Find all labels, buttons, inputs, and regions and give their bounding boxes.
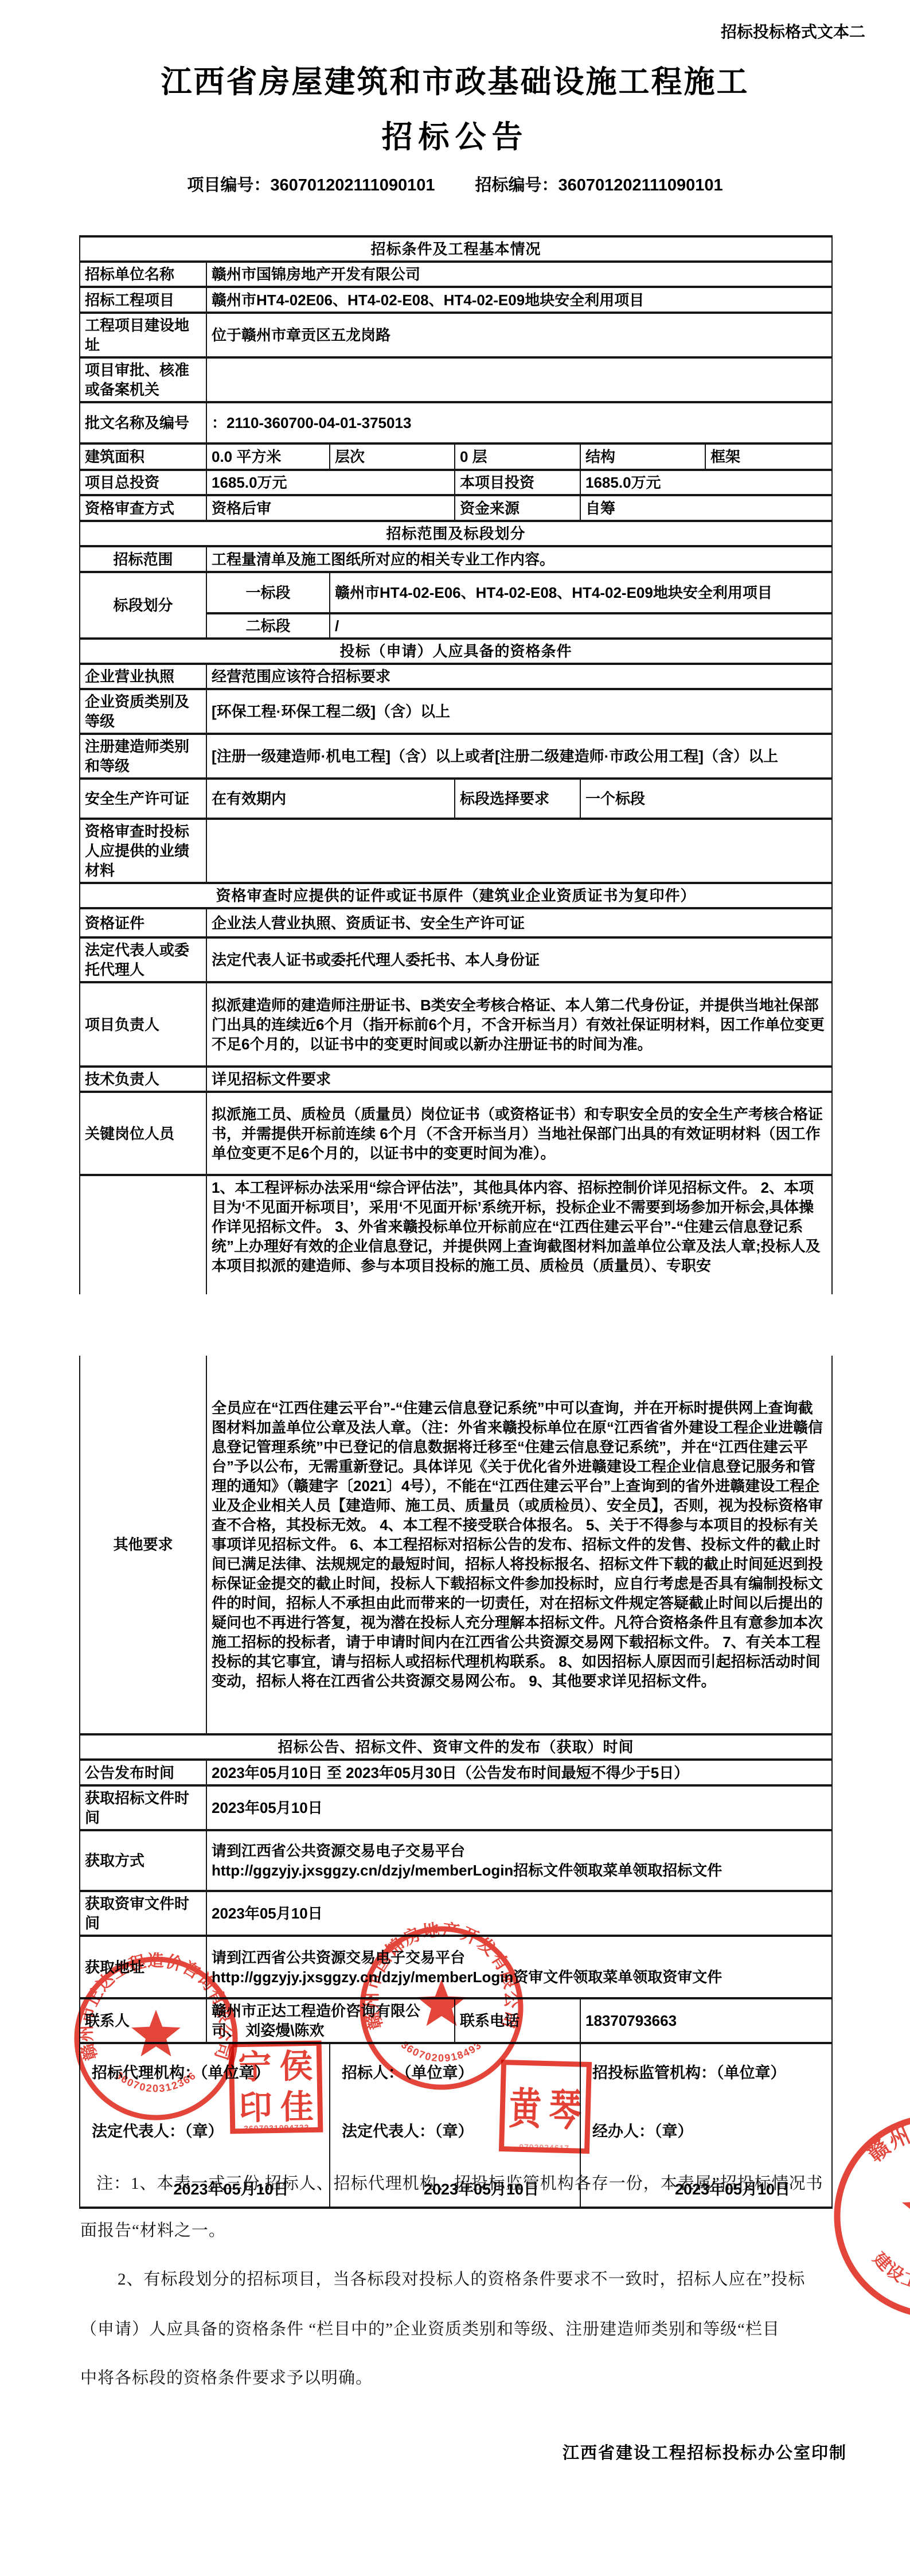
value-key-position-staff: 拟派施工员、质检员（质量员）岗位证书（或资格证书）和专职安全员的安全生产考核合格… — [206, 1092, 832, 1175]
value-section-select-requirement: 一个标段 — [580, 779, 832, 819]
value-section-2: / — [330, 613, 832, 639]
value-publish-time: 2023年05月10日 至 2023年05月30日（公告发布时间最短不得少于5日… — [206, 1760, 832, 1785]
section-announcement-times: 招标公告、招标文件、资审文件的发布（获取）时间 — [80, 1734, 832, 1760]
main-table-page2: 其他要求 全员应在“江西住建云平台”-“住建云信息登记系统”中可以查询，并在开标… — [79, 1356, 833, 2209]
star-icon — [902, 2178, 910, 2242]
label-other-requirements-page1-empty — [80, 1175, 206, 1294]
value-get-method: 请到江西省公共资源交易电子交易平台 http://ggzyjy.jxsggzy.… — [206, 1830, 832, 1891]
label-enterprise-grade: 企业资质类别及等级 — [80, 689, 206, 734]
label-section-2: 二标段 — [206, 613, 330, 639]
label-legal-representative: 法定代表人或委托代理人 — [80, 937, 206, 982]
supervisor-stamp-bottom-text: 建设工程招标投标 — [869, 2249, 910, 2295]
seal-char: 宁 — [234, 2048, 276, 2087]
label-approval-authority: 项目审批、核准或备案机关 — [80, 357, 206, 402]
document-title-line2: 招标公告 — [0, 112, 910, 157]
label-other-requirements: 其他要求 — [80, 1356, 206, 1734]
value-qualification-certs: 企业法人营业执照、资质证书、安全生产许可证 — [206, 908, 832, 937]
seal-char: 印 — [235, 2088, 276, 2127]
label-key-position-staff: 关键岗位人员 — [80, 1092, 206, 1175]
note-line-4: （申请）人应具备的资格条件 “栏目中的”企业资质类别和等级、注册建造师类别和等级… — [80, 2316, 780, 2340]
section-bidder-qualifications: 投标（申请）人应具备的资格条件 — [80, 639, 832, 664]
seal-char: 黄 — [505, 2075, 546, 2138]
value-get-bid-doc-time: 2023年05月10日 — [206, 1785, 832, 1830]
label-performance-materials: 资格审查时投标人应提供的业绩材料 — [80, 819, 206, 883]
value-fund-source: 自筹 — [580, 495, 832, 521]
label-contact-person: 联系人 — [80, 1998, 206, 2043]
seal-char: 侯 — [275, 2047, 317, 2085]
value-contact-person: 赣州市正达工程造价咨询有限公司、 刘姿熳\陈欢 — [206, 1998, 455, 2043]
value-floors: 0 层 — [455, 443, 580, 470]
label-section-division: 标段划分 — [80, 572, 206, 639]
format-type-label: 招标投标格式文本二 — [721, 20, 865, 42]
label-get-method: 获取方式 — [80, 1830, 206, 1891]
seal-char: 琴 — [545, 2076, 587, 2139]
label-publish-time: 公告发布时间 — [80, 1760, 206, 1785]
value-contact-phone: 18370793663 — [580, 1998, 832, 2043]
label-bid-unit: 招标单位名称 — [80, 262, 206, 287]
label-qualification-review-mode: 资格审查方式 — [80, 495, 206, 521]
value-technical-director: 详见招标文件要求 — [206, 1067, 832, 1092]
main-table-area: 招标条件及工程基本情况 招标单位名称 赣州市国锦房地产开发有限公司 招标工程项目… — [79, 235, 831, 2209]
value-project-address: 位于赣州市章贡区五龙岗路 — [206, 313, 832, 357]
value-qualification-review-mode: 资格后审 — [206, 495, 455, 521]
bid-number: 招标编号：360701202111090101 — [475, 172, 723, 196]
value-bid-scope: 工程量清单及施工图纸所对应的相关专业工作内容。 — [206, 546, 832, 572]
value-registered-builder: [注册一级建造师·机电工程]（含）以上或者[注册二级建造师·市政公用工程]（含）… — [206, 734, 832, 779]
bidder-legal-square-seal: 黄 琴 0702024617 — [499, 2060, 592, 2154]
supervisor-seal-label: 招投标监管机构：（单位章） — [592, 2063, 821, 2083]
value-safety-permit: 在有效期内 — [206, 779, 455, 819]
seal-number: 3607031094722 — [235, 2123, 318, 2134]
page-break-gap — [79, 1294, 831, 1356]
section-basic-info: 招标条件及工程基本情况 — [80, 236, 832, 262]
label-project-address: 工程项目建设地址 — [80, 313, 206, 357]
value-legal-representative: 法定代表人证书或委托代理人委托书、本人身份证 — [206, 937, 832, 982]
supervisor-agent-label: 经办人：（章） — [592, 2122, 821, 2141]
section-scope-division: 招标范围及标段划分 — [80, 521, 832, 546]
label-approval-doc-no: 批文名称及编号 — [80, 402, 206, 443]
label-bid-scope: 招标范围 — [80, 546, 206, 572]
supervisor-round-stamp-icon: 赣州市城市住 建设工程招标投标 — [824, 2104, 910, 2328]
label-get-bid-doc-time: 获取招标文件时间 — [80, 1785, 206, 1830]
value-other-requirements-part2: 全员应在“江西住建云平台”-“住建云信息登记系统”中可以查询，并在开标时提供网上… — [206, 1356, 832, 1734]
value-total-investment: 1685.0万元 — [206, 470, 455, 495]
value-building-area: 0.0 平方米 — [206, 443, 330, 470]
label-total-investment: 项目总投资 — [80, 470, 206, 495]
value-enterprise-grade: [环保工程·环保工程二级]（含）以上 — [206, 689, 832, 734]
value-approval-authority — [206, 357, 832, 402]
label-project-name: 招标工程项目 — [80, 287, 206, 313]
value-business-license: 经营范围应该符合招标要求 — [206, 664, 832, 689]
label-contact-phone: 联系电话 — [455, 1998, 580, 2043]
note-line-1: 注：1、本表一式三份,招标人、招标代理机构、招投标监管机构各存一份，本表属”招投… — [96, 2170, 823, 2194]
value-project-name: 赣州市HT4-02E06、HT4-02-E08、HT4-02-E09地块安全利用… — [206, 287, 832, 313]
label-project-manager: 项目负责人 — [80, 982, 206, 1067]
project-number: 项目编号：360701202111090101 — [187, 172, 435, 196]
label-project-investment: 本项目投资 — [455, 470, 580, 495]
value-bid-unit: 赣州市国锦房地产开发有限公司 — [206, 262, 832, 287]
label-building-area: 建筑面积 — [80, 443, 206, 470]
supervisor-round-stamp: 赣州市城市住 建设工程招标投标 — [824, 2104, 910, 2331]
label-fund-source: 资金来源 — [455, 495, 580, 521]
main-table-page1: 招标条件及工程基本情况 招标单位名称 赣州市国锦房地产开发有限公司 招标工程项目… — [79, 235, 833, 1294]
value-section-1: 赣州市HT4-02-E06、HT4-02-E08、HT4-02-E09地块安全利… — [330, 572, 832, 613]
label-structure: 结构 — [580, 443, 705, 470]
label-registered-builder: 注册建造师类别和等级 — [80, 734, 206, 779]
note-line-2: 面报告“材料之一。 — [80, 2217, 226, 2241]
value-approval-doc-no: ：2110-360700-04-01-375013 — [206, 402, 832, 443]
document-title-line1: 江西省房屋建筑和市政基础设施工程施工 — [0, 57, 910, 102]
section-certificates: 资格审查时应提供的证件或证书原件（建筑业企业资质证书为复印件） — [80, 883, 832, 908]
label-get-address: 获取地址 — [80, 1936, 206, 1998]
value-structure: 框架 — [705, 443, 832, 470]
seal-number: 0702024617 — [504, 2142, 584, 2153]
value-get-address: 请到江西省公共资源交易电子交易平台 http://ggzyjy.jxsggzy.… — [206, 1936, 832, 1998]
label-section-select-requirement: 标段选择要求 — [455, 779, 580, 819]
note-line-5: 中将各标段的资格条件要求予以明确。 — [80, 2365, 373, 2388]
value-project-manager: 拟派建造师的建造师注册证书、B类安全考核合格证、本人第二代身份证，并提供当地社保… — [206, 982, 832, 1067]
value-project-investment: 1685.0万元 — [580, 470, 832, 495]
value-other-requirements-part1: 1、本工程评标办法采用“综合评估法”，其他具体内容、招标控制价详见招标文件。 2… — [206, 1175, 832, 1294]
project-numbers-line: 项目编号：360701202111090101 招标编号：36070120211… — [0, 172, 910, 196]
bid-announcement-document: { "header": { "format_label": "招标投标格式文本二… — [0, 0, 910, 2576]
svg-text:赣州市城市住: 赣州市城市住 — [864, 2118, 910, 2167]
label-safety-permit: 安全生产许可证 — [80, 779, 206, 819]
label-technical-director: 技术负责人 — [80, 1067, 206, 1092]
seal-char: 佳 — [276, 2088, 318, 2126]
note-line-3: 2、有标段划分的招标项目，当各标段对投标人的资格条件要求不一致时，招标人应在”投… — [118, 2266, 805, 2290]
svg-text:建设工程招标投标: 建设工程招标投标 — [869, 2249, 910, 2295]
label-business-license: 企业营业执照 — [80, 664, 206, 689]
label-qualification-certs: 资格证件 — [80, 908, 206, 937]
agency-legal-square-seal: 宁 侯 印 佳 3607031094722 — [229, 2041, 323, 2134]
label-floors: 层次 — [330, 443, 455, 470]
value-performance-materials — [206, 819, 832, 883]
footer-printed-by: 江西省建设工程招标投标办公室印制 — [563, 2440, 847, 2464]
label-section-1: 一标段 — [206, 572, 330, 613]
supervisor-stamp-top-text: 赣州市城市住 — [864, 2118, 910, 2167]
label-get-review-doc-time: 获取资审文件时间 — [80, 1891, 206, 1936]
value-get-review-doc-time: 2023年05月10日 — [206, 1891, 832, 1936]
